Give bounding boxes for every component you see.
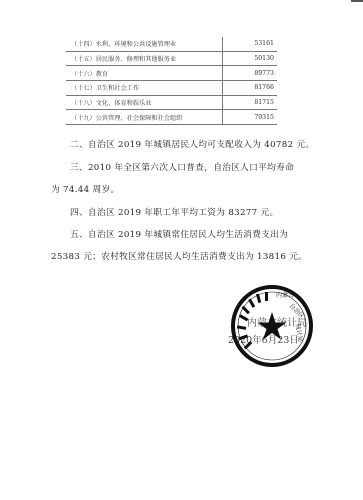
paragraph-consumption: 五、自治区 2019 年城镇常住居民人均生活消费支出为 — [70, 228, 288, 240]
industry-name: （十五）居民服务、修理和其他服务业 — [66, 51, 223, 66]
industry-name: （十六）教育 — [66, 66, 223, 81]
paragraph-life-expectancy: 三、2010 年全区第六次人口普查，自治区人口平均寿命 — [70, 161, 294, 173]
industry-name: （十七）卫生和社会工作 — [66, 81, 223, 96]
industry-wage: 81715 — [223, 95, 278, 110]
table-row: （十六）教育 89773 — [66, 66, 277, 81]
table-row: （十五）居民服务、修理和其他服务业 50130 — [66, 51, 277, 66]
industry-wage: 79315 — [223, 110, 278, 125]
industry-name: （十九）公共管理、社会保障和社会组织 — [66, 110, 223, 125]
paragraph-consumption-cont: 25383 元；农村牧区常住居民人均生活消费支出为 13816 元。 — [51, 250, 307, 262]
industry-name: （十八）文化、体育和娱乐业 — [66, 95, 223, 110]
table-row: （十九）公共管理、社会保障和社会组织 79315 — [66, 110, 277, 125]
official-seal-icon: 内蒙古 自治区 统计局 — [230, 284, 314, 368]
svg-text:统计局: 统计局 — [294, 323, 305, 342]
paragraph-life-expectancy-cont: 为 74.44 周岁。 — [51, 183, 119, 195]
paragraph-average-wage: 四、自治区 2019 年职工年平均工资为 83277 元。 — [70, 206, 279, 218]
industry-wage: 81766 — [223, 81, 278, 96]
wage-by-industry-table: （十四）水利、环境和公共设施管理业 53161 （十五）居民服务、修理和其他服务… — [66, 37, 277, 125]
industry-wage: 53161 — [223, 37, 278, 51]
svg-text:内蒙古: 内蒙古 — [276, 291, 294, 299]
paragraph-disposable-income: 二、自治区 2019 年城镇居民人均可支配收入为 40782 元。 — [70, 138, 314, 150]
table-row: （十七）卫生和社会工作 81766 — [66, 81, 277, 96]
industry-name: （十四）水利、环境和公共设施管理业 — [66, 37, 223, 51]
scan-corner-mark — [351, 0, 363, 2]
industry-wage: 89773 — [223, 66, 278, 81]
industry-wage: 50130 — [223, 51, 278, 66]
table-row: （十八）文化、体育和娱乐业 81715 — [66, 95, 277, 110]
table-row: （十四）水利、环境和公共设施管理业 53161 — [66, 37, 277, 51]
